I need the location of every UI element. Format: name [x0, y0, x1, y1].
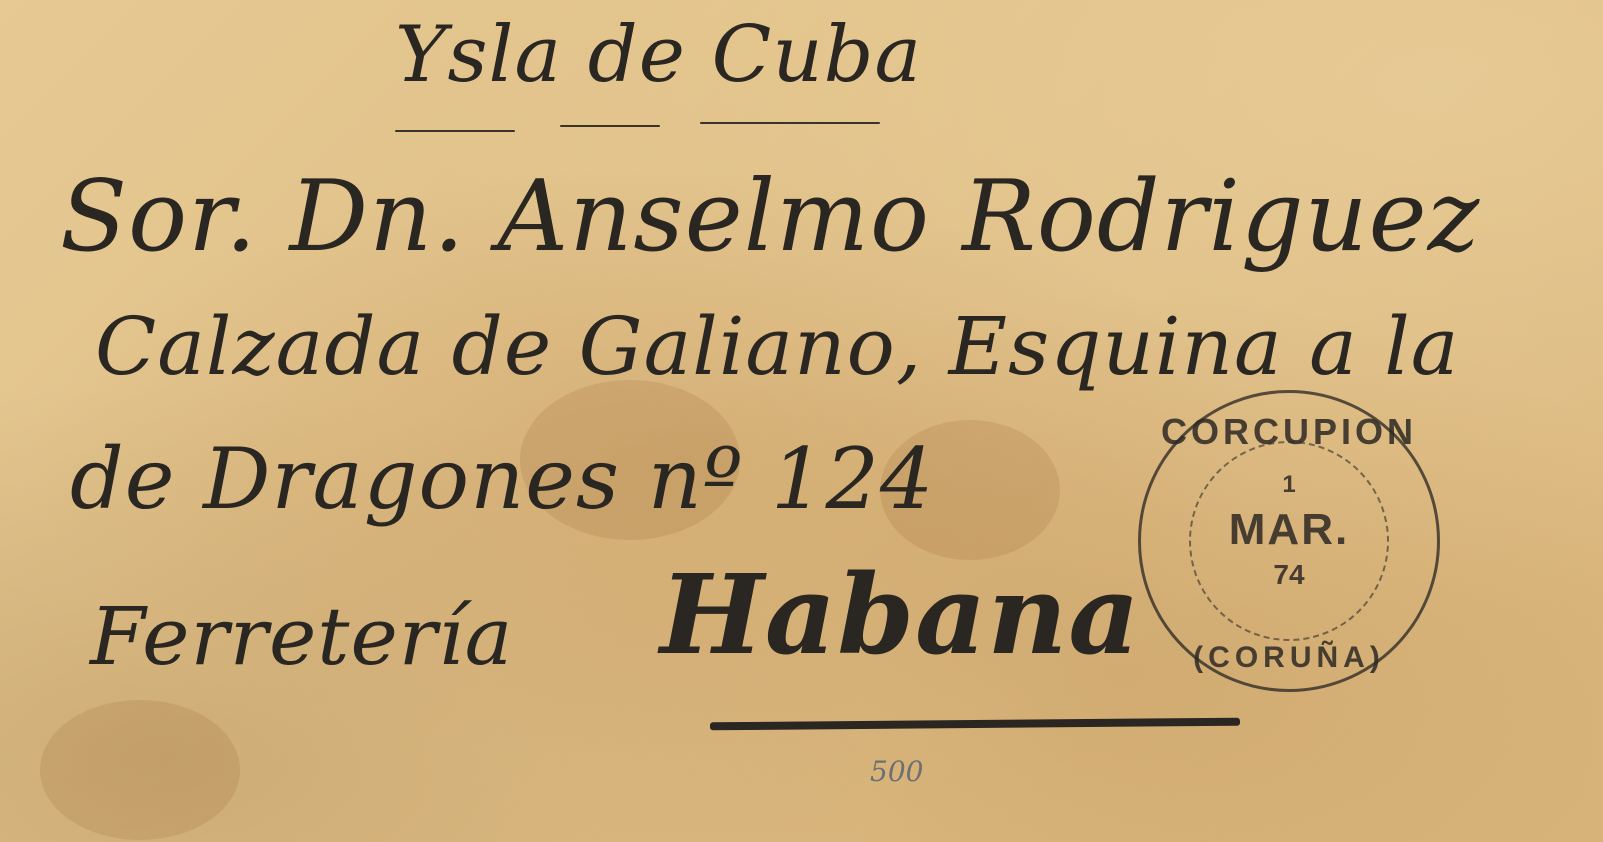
- business-line: Ferretería: [90, 590, 513, 683]
- underline: [395, 130, 515, 132]
- destination-header: Ysla de Cuba: [395, 10, 922, 100]
- postmark-day: 1: [1141, 471, 1437, 499]
- postmark-town: CORCUPION: [1141, 411, 1437, 453]
- postmark-province: (CORUÑA): [1141, 641, 1437, 675]
- postmark-year: 74: [1141, 559, 1437, 591]
- city-underline: [710, 718, 1240, 731]
- paper-stain: [40, 700, 240, 840]
- underline: [700, 122, 880, 124]
- underline: [560, 125, 660, 127]
- recipient-line: Sor. Dn. Anselmo Rodriguez: [60, 160, 1480, 274]
- envelope: Ysla de Cuba Sor. Dn. Anselmo Rodriguez …: [0, 0, 1603, 842]
- cross-street-line: de Dragones nº 124: [70, 430, 934, 528]
- pencil-note: 500: [870, 755, 923, 788]
- city-line: Habana: [660, 550, 1141, 679]
- postmark-month: MAR.: [1141, 505, 1437, 555]
- postmark: CORCUPION 1 MAR. 74 (CORUÑA): [1138, 390, 1440, 692]
- street-line: Calzada de Galiano, Esquina a la: [95, 300, 1460, 393]
